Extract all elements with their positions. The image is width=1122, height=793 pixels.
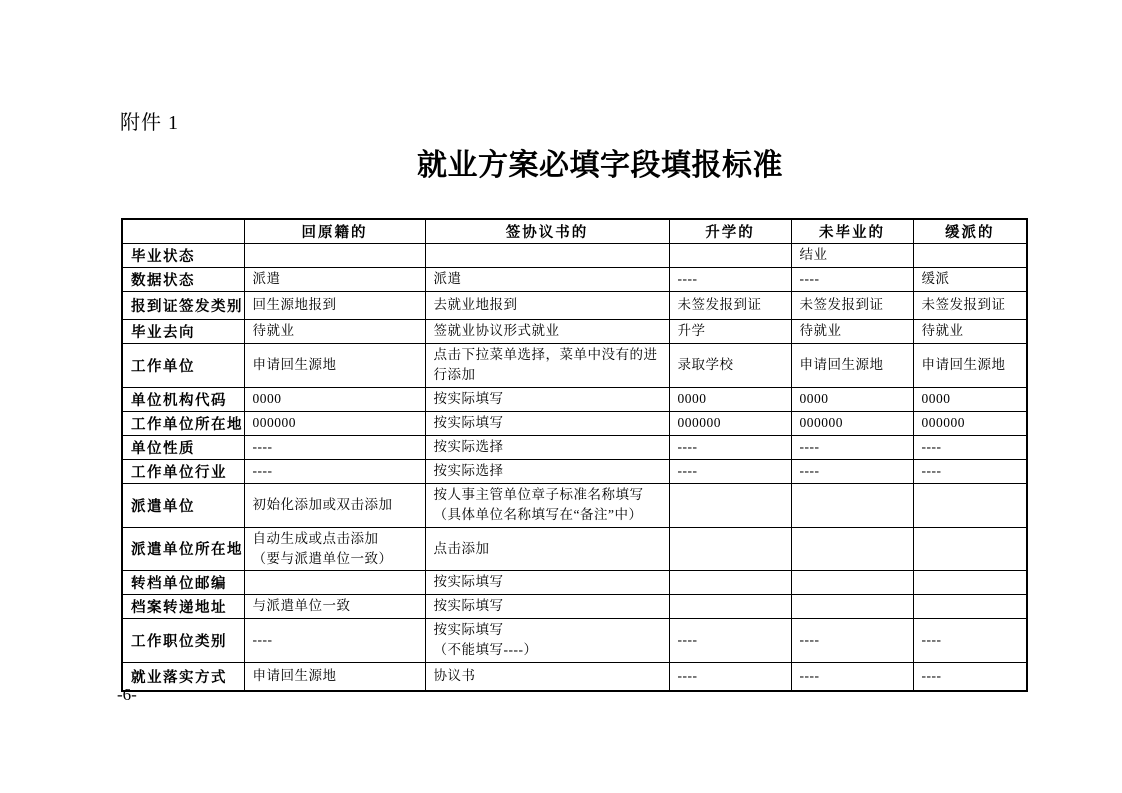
- table-row: 工作单位所在地000000按实际填写000000000000000000: [122, 411, 1027, 435]
- cell: [791, 595, 913, 619]
- cell: ----: [669, 459, 791, 483]
- row-label: 档案转递地址: [122, 595, 244, 619]
- cell: 0000: [913, 387, 1027, 411]
- cell: 申请回生源地: [913, 344, 1027, 388]
- cell: 0000: [791, 387, 913, 411]
- cell: 缓派: [913, 268, 1027, 292]
- cell: [669, 244, 791, 268]
- cell: 签就业协议形式就业: [425, 320, 669, 344]
- row-label: 转档单位邮编: [122, 571, 244, 595]
- document-page: 附件 1 就业方案必填字段填报标准 回原籍的签协议书的升学的未毕业的缓派的 毕业…: [0, 0, 1122, 793]
- row-label: 数据状态: [122, 268, 244, 292]
- table-row: 转档单位邮编按实际填写: [122, 571, 1027, 595]
- cell: ----: [791, 268, 913, 292]
- cell: [669, 571, 791, 595]
- cell: 按实际填写: [425, 411, 669, 435]
- table-row: 派遣单位所在地自动生成或点击添加 （要与派遣单位一致）点击添加: [122, 527, 1027, 571]
- table-row: 派遣单位初始化添加或双击添加按人事主管单位章子标准名称填写 （具体单位名称填写在…: [122, 483, 1027, 527]
- cell: ----: [669, 619, 791, 663]
- table-header: 回原籍的签协议书的升学的未毕业的缓派的: [122, 219, 1027, 244]
- cell: 0000: [244, 387, 425, 411]
- cell: [669, 483, 791, 527]
- row-label: 就业落实方式: [122, 662, 244, 691]
- column-header: 回原籍的: [244, 219, 425, 244]
- cell: 待就业: [244, 320, 425, 344]
- row-label: 派遣单位所在地: [122, 527, 244, 571]
- cell: 按实际选择: [425, 435, 669, 459]
- column-header: 缓派的: [913, 219, 1027, 244]
- cell: [913, 595, 1027, 619]
- cell: 升学: [669, 320, 791, 344]
- row-label: 派遣单位: [122, 483, 244, 527]
- cell: ----: [791, 619, 913, 663]
- cell: [913, 527, 1027, 571]
- table-row: 单位机构代码0000按实际填写000000000000: [122, 387, 1027, 411]
- cell: ----: [244, 619, 425, 663]
- attachment-label: 附件 1: [120, 106, 179, 135]
- cell: ----: [791, 662, 913, 691]
- cell: [791, 571, 913, 595]
- row-label: 毕业去向: [122, 320, 244, 344]
- column-header: 未毕业的: [791, 219, 913, 244]
- cell: 按人事主管单位章子标准名称填写 （具体单位名称填写在“备注”中）: [425, 483, 669, 527]
- cell: ----: [791, 435, 913, 459]
- cell: 派遣: [244, 268, 425, 292]
- table-row: 毕业状态结业: [122, 244, 1027, 268]
- row-label: 工作职位类别: [122, 619, 244, 663]
- header-row: 回原籍的签协议书的升学的未毕业的缓派的: [122, 219, 1027, 244]
- table-row: 数据状态派遣派遣--------缓派: [122, 268, 1027, 292]
- table-row: 工作单位行业----按实际选择------------: [122, 459, 1027, 483]
- cell: 按实际选择: [425, 459, 669, 483]
- page-title: 就业方案必填字段填报标准: [0, 140, 1122, 184]
- cell: [669, 595, 791, 619]
- cell: 与派遣单位一致: [244, 595, 425, 619]
- row-label: 单位机构代码: [122, 387, 244, 411]
- cell: 未签发报到证: [791, 292, 913, 320]
- cell: 000000: [913, 411, 1027, 435]
- cell: 待就业: [791, 320, 913, 344]
- cell: 结业: [791, 244, 913, 268]
- cell: ----: [244, 459, 425, 483]
- table-row: 毕业去向待就业签就业协议形式就业升学待就业待就业: [122, 320, 1027, 344]
- cell: 按实际填写 （不能填写----）: [425, 619, 669, 663]
- cell: [425, 244, 669, 268]
- cell: 000000: [669, 411, 791, 435]
- row-label: 单位性质: [122, 435, 244, 459]
- cell: 未签发报到证: [913, 292, 1027, 320]
- cell: ----: [791, 459, 913, 483]
- cell: 申请回生源地: [791, 344, 913, 388]
- cell: 点击添加: [425, 527, 669, 571]
- cell: [913, 483, 1027, 527]
- cell: 0000: [669, 387, 791, 411]
- cell: 派遣: [425, 268, 669, 292]
- cell: 回生源地报到: [244, 292, 425, 320]
- cell: 去就业地报到: [425, 292, 669, 320]
- table-row: 单位性质----按实际选择------------: [122, 435, 1027, 459]
- cell: ----: [913, 662, 1027, 691]
- table-row: 档案转递地址与派遣单位一致按实际填写: [122, 595, 1027, 619]
- cell: 申请回生源地: [244, 662, 425, 691]
- cell: 按实际填写: [425, 595, 669, 619]
- cell: ----: [913, 619, 1027, 663]
- cell: ----: [913, 459, 1027, 483]
- cell: [913, 244, 1027, 268]
- table-body: 毕业状态结业数据状态派遣派遣--------缓派报到证签发类别回生源地报到去就业…: [122, 244, 1027, 692]
- row-label: 毕业状态: [122, 244, 244, 268]
- page-number: -6-: [117, 685, 137, 705]
- cell: 初始化添加或双击添加: [244, 483, 425, 527]
- cell: [244, 571, 425, 595]
- cell: 点击下拉菜单选择，菜单中没有的进行添加: [425, 344, 669, 388]
- cell: 协议书: [425, 662, 669, 691]
- table-row: 工作单位申请回生源地点击下拉菜单选择，菜单中没有的进行添加录取学校申请回生源地申…: [122, 344, 1027, 388]
- row-label: 工作单位: [122, 344, 244, 388]
- row-label: 报到证签发类别: [122, 292, 244, 320]
- cell: 按实际填写: [425, 571, 669, 595]
- table-row: 报到证签发类别回生源地报到去就业地报到未签发报到证未签发报到证未签发报到证: [122, 292, 1027, 320]
- cell: [913, 571, 1027, 595]
- column-header: 签协议书的: [425, 219, 669, 244]
- cell: [791, 483, 913, 527]
- table-row: 工作职位类别----按实际填写 （不能填写----）------------: [122, 619, 1027, 663]
- cell: ----: [244, 435, 425, 459]
- cell: 待就业: [913, 320, 1027, 344]
- cell: ----: [669, 435, 791, 459]
- cell: 录取学校: [669, 344, 791, 388]
- cell: 000000: [791, 411, 913, 435]
- cell: 申请回生源地: [244, 344, 425, 388]
- cell: 000000: [244, 411, 425, 435]
- cell: ----: [669, 268, 791, 292]
- cell: [244, 244, 425, 268]
- cell: ----: [669, 662, 791, 691]
- cell: 未签发报到证: [669, 292, 791, 320]
- table-row: 就业落实方式申请回生源地协议书------------: [122, 662, 1027, 691]
- corner-cell: [122, 219, 244, 244]
- cell: [669, 527, 791, 571]
- row-label: 工作单位所在地: [122, 411, 244, 435]
- row-label: 工作单位行业: [122, 459, 244, 483]
- standards-table: 回原籍的签协议书的升学的未毕业的缓派的 毕业状态结业数据状态派遣派遣------…: [121, 218, 1028, 692]
- cell: [791, 527, 913, 571]
- column-header: 升学的: [669, 219, 791, 244]
- cell: 按实际填写: [425, 387, 669, 411]
- cell: 自动生成或点击添加 （要与派遣单位一致）: [244, 527, 425, 571]
- cell: ----: [913, 435, 1027, 459]
